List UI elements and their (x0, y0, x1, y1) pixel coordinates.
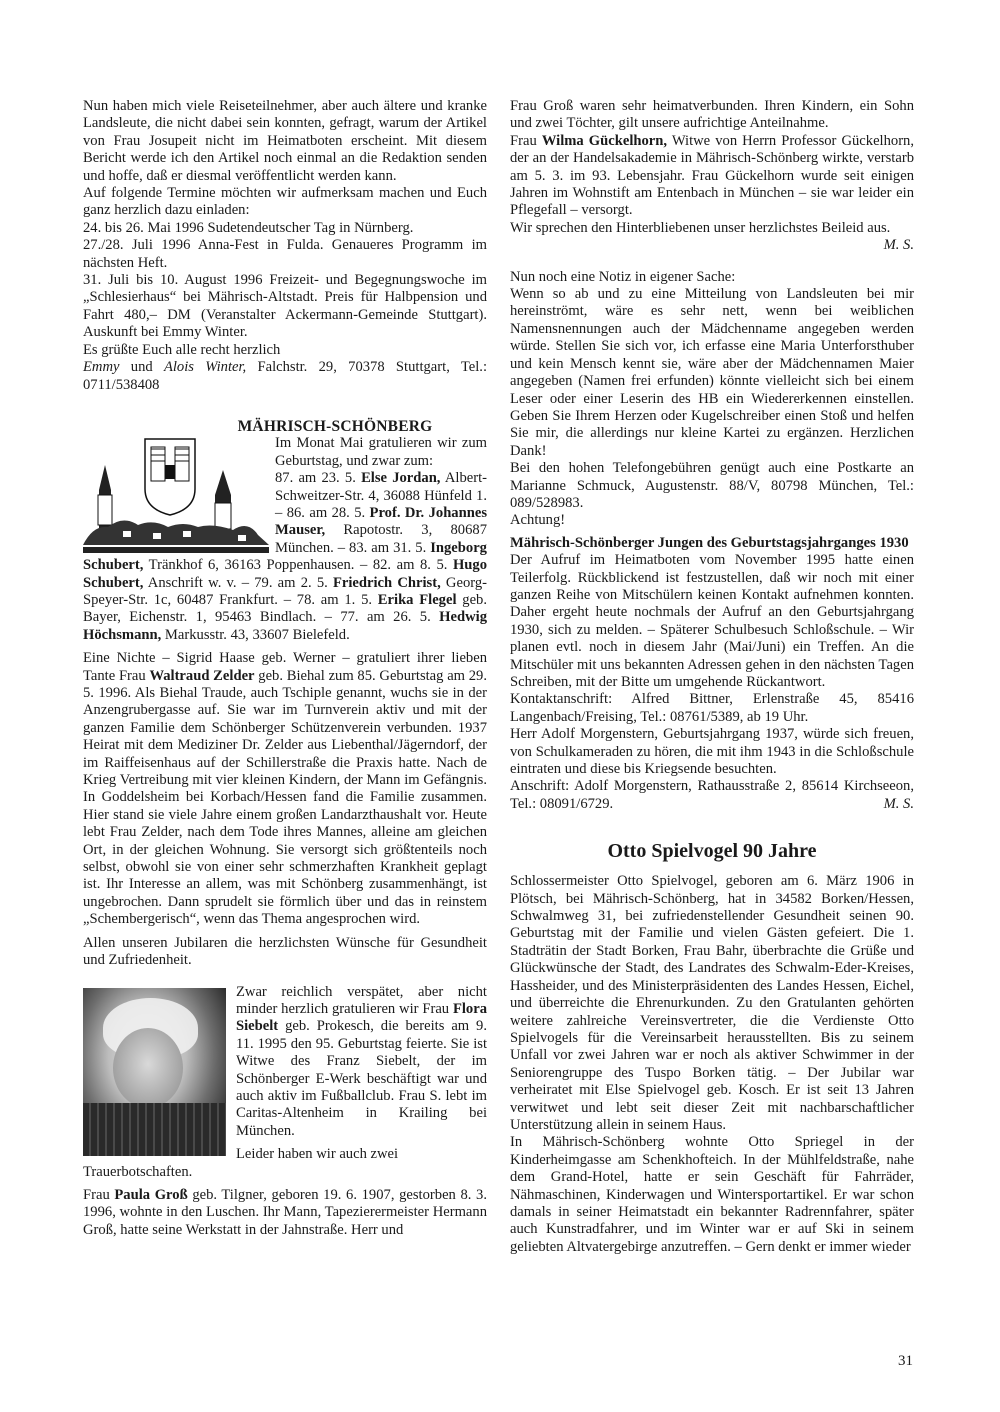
beileid-paragraph: Wir sprechen den Hinterbliebenen unser h… (510, 220, 914, 237)
gross-paragraph: Frau Paula Groß geb. Tilgner, geboren 19… (83, 1187, 487, 1239)
postkarte-paragraph: Bei den hohen Telefongebühren genügt auc… (510, 460, 914, 512)
signer-name: Emmy (83, 359, 119, 375)
intro-paragraph: Nun haben mich viele Reiseteilnehmer, ab… (83, 98, 487, 185)
person-name: Wilma Gückelhorn, (542, 133, 667, 149)
person-name: Paula Groß (114, 1187, 187, 1203)
gross-continued: Frau Groß waren sehr heimatverbunden. Ih… (510, 98, 914, 133)
otto-paragraph-2: In Mährisch-Schönberg wohnte Otto Sprieg… (510, 1134, 914, 1256)
page-number: 31 (898, 1353, 913, 1370)
birthday-block: Im Monat Mai gratulieren wir zum Geburts… (83, 435, 487, 644)
siebelt-block: Zwar reichlich verspätet, aber nicht min… (83, 984, 487, 1181)
signer-name: Alois Winter, (164, 359, 246, 375)
right-column: Frau Groß waren sehr heimatverbunden. Ih… (510, 98, 914, 1256)
section-title: MÄHRISCH-SCHÖNBERG (183, 418, 487, 435)
person-name: Else Jordan, (361, 470, 440, 486)
morgenstern-paragraph: Herr Adolf Morgenstern, Geburtsjahrgang … (510, 726, 914, 778)
termin-item: 24. bis 26. Mai 1996 Sudetendeutscher Ta… (83, 220, 487, 237)
article-title: Otto Spielvogel 90 Jahre (510, 839, 914, 863)
portrait-photo (83, 988, 226, 1156)
person-name: Erika Flegel (378, 592, 457, 608)
kontakt-paragraph: Kontaktanschrift: Alfred Bittner, Erlens… (510, 691, 914, 726)
notiz-title: Nun noch eine Notiz in eigener Sache: (510, 269, 914, 286)
gueckelhorn-paragraph: Frau Wilma Gückelhorn, Witwe von Herrn P… (510, 133, 914, 220)
achtung-label: Achtung! (510, 512, 914, 529)
termin-item: 27./28. Juli 1996 Anna-Fest in Fulda. Ge… (83, 237, 487, 272)
notiz-body: Wenn so ab und zu eine Mitteilung von La… (510, 286, 914, 460)
jungen-body: Der Aufruf im Heimatboten vom November 1… (510, 552, 914, 691)
otto-paragraph-1: Schlossermeister Otto Spielvogel, gebore… (510, 873, 914, 1134)
person-name: Waltraud Zelder (149, 668, 254, 684)
greeting: Es grüßte Euch alle recht herzlich (83, 342, 487, 359)
person-name: Friedrich Christ, (333, 575, 441, 591)
signature-line: M. S. (510, 237, 914, 254)
author-initials: M. S. (884, 237, 914, 254)
jungen-heading: Mährisch-Schönberger Jungen des Geburtst… (510, 535, 914, 552)
zelder-paragraph: Eine Nichte – Sigrid Haase geb. Werner –… (83, 650, 487, 929)
termin-item: 31. Juli bis 10. August 1996 Freizeit- u… (83, 272, 487, 342)
signature-block: Emmy und Alois Winter, Falchstr. 29, 703… (83, 359, 487, 394)
wishes-paragraph: Allen unseren Jubilaren die herzlichsten… (83, 935, 487, 970)
town-crest-illustration (83, 435, 269, 553)
termine-intro: Auf folgende Termine möchten wir aufmerk… (83, 185, 487, 220)
author-initials: M. S. (884, 796, 914, 813)
left-column: Nun haben mich viele Reiseteilnehmer, ab… (83, 98, 487, 1239)
